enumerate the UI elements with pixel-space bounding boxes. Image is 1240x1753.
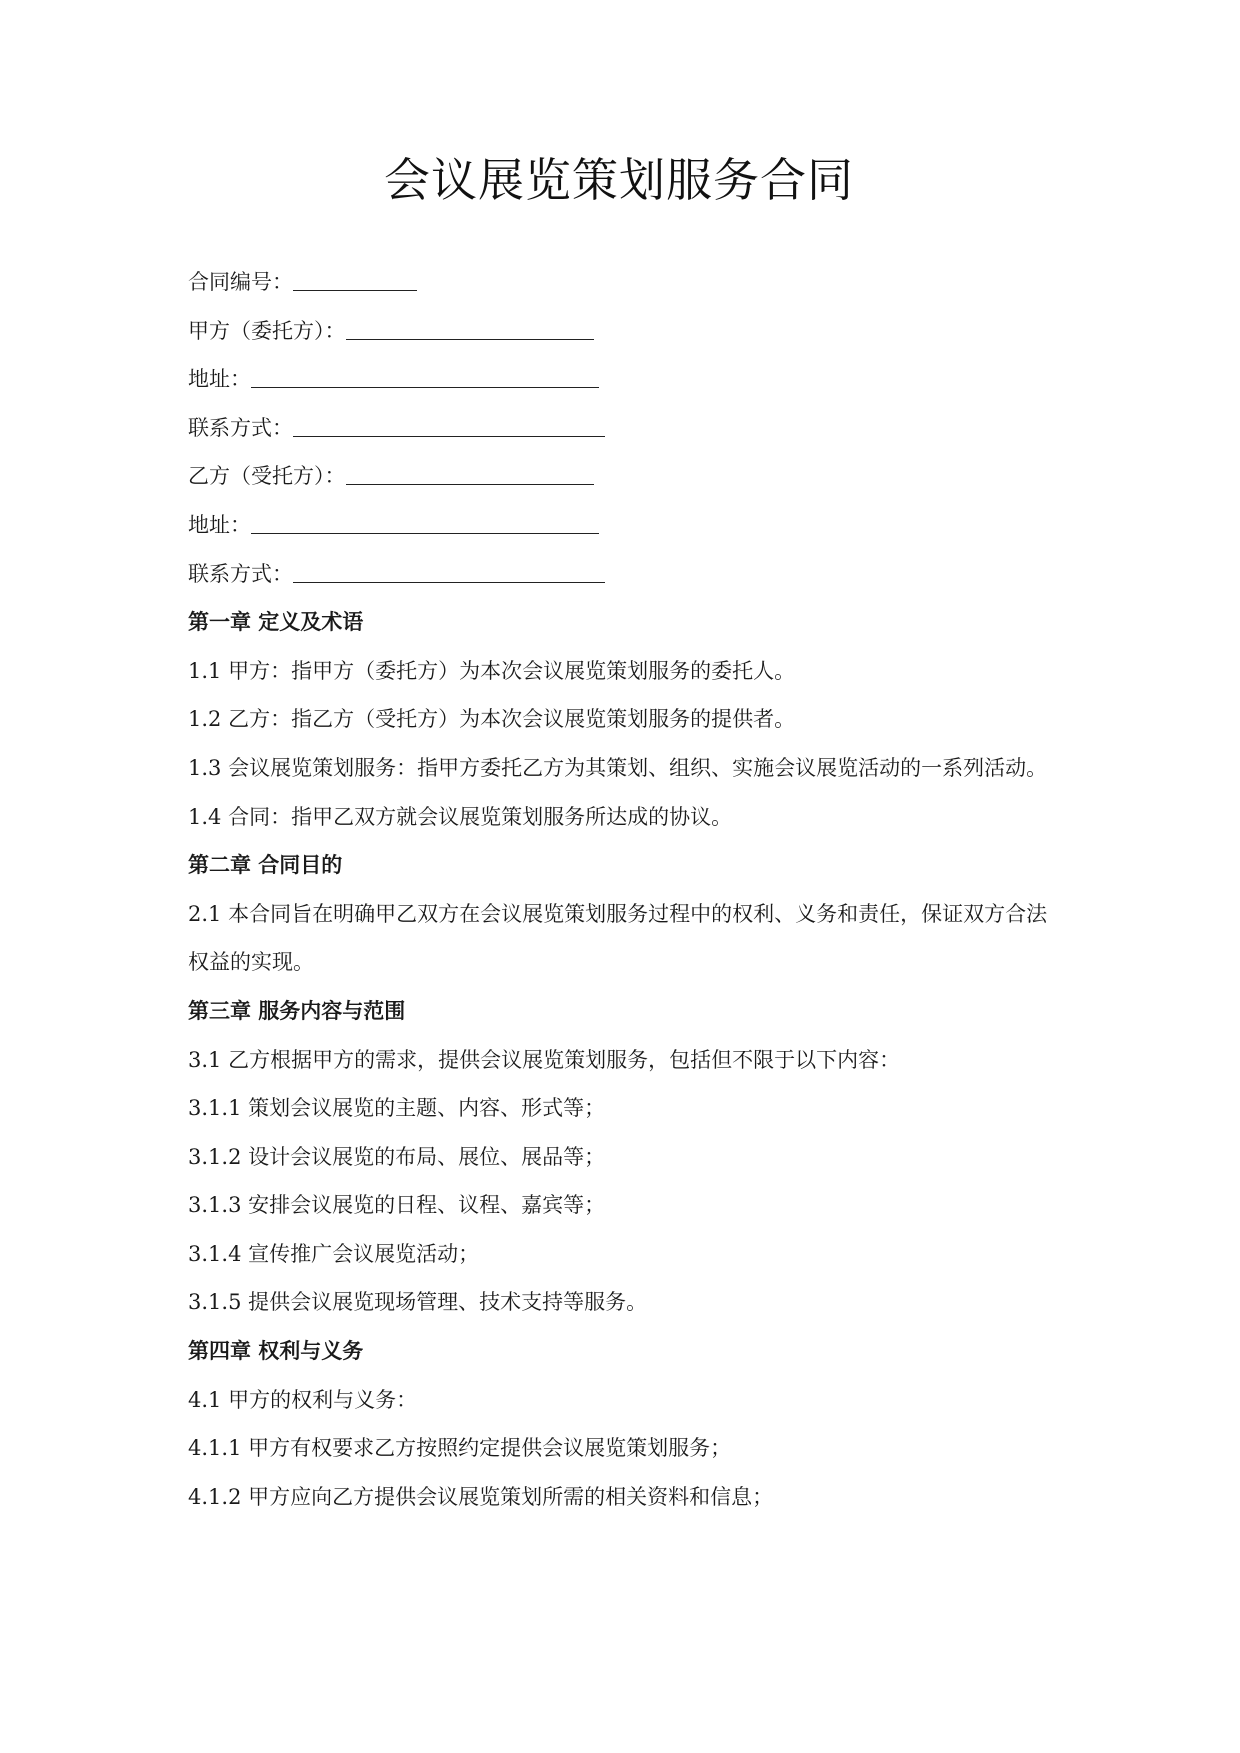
clause: 3.1 乙方根据甲方的需求，提供会议展览策划服务，包括但不限于以下内容： [188,1036,1050,1085]
clause: 3.1.5 提供会议展览现场管理、技术支持等服务。 [188,1278,1050,1327]
clause: 3.1.3 安排会议展览的日程、议程、嘉宾等； [188,1181,1050,1230]
clause: 1.4 合同：指甲乙双方就会议展览策划服务所达成的协议。 [188,793,1050,842]
header-field: 合同编号： [188,258,1050,307]
header-field: 联系方式： [188,550,1050,599]
chapters: 第一章 定义及术语1.1 甲方：指甲方（委托方）为本次会议展览策划服务的委托人。… [188,598,1050,1521]
clause: 3.1.1 策划会议展览的主题、内容、形式等； [188,1084,1050,1133]
header-fields: 合同编号：甲方（委托方）：地址：联系方式：乙方（受托方）：地址：联系方式： [188,258,1050,598]
fill-in-blank[interactable] [293,414,605,437]
field-label: 联系方式： [188,562,293,586]
clause: 4.1.1 甲方有权要求乙方按照约定提供会议展览策划服务； [188,1424,1050,1473]
fill-in-blank[interactable] [346,462,594,485]
clause: 2.1 本合同旨在明确甲乙双方在会议展览策划服务过程中的权利、义务和责任，保证双… [188,890,1050,987]
clause: 3.1.2 设计会议展览的布局、展位、展品等； [188,1133,1050,1182]
chapter-heading: 第三章 服务内容与范围 [188,987,1050,1036]
clause: 1.3 会议展览策划服务：指甲方委托乙方为其策划、组织、实施会议展览活动的一系列… [188,744,1050,793]
header-field: 地址： [188,501,1050,550]
field-label: 甲方（委托方）： [188,319,346,343]
header-field: 地址： [188,355,1050,404]
chapter-heading: 第二章 合同目的 [188,841,1050,890]
field-label: 联系方式： [188,416,293,440]
field-label: 合同编号： [188,270,293,294]
clause: 3.1.4 宣传推广会议展览活动； [188,1230,1050,1279]
field-label: 地址： [188,513,251,537]
fill-in-blank[interactable] [293,560,605,583]
clause: 1.2 乙方：指乙方（受托方）为本次会议展览策划服务的提供者。 [188,695,1050,744]
field-label: 乙方（受托方）： [188,464,346,488]
header-field: 甲方（委托方）： [188,307,1050,356]
chapter-heading: 第一章 定义及术语 [188,598,1050,647]
header-field: 乙方（受托方）： [188,452,1050,501]
chapter-heading: 第四章 权利与义务 [188,1327,1050,1376]
document-title: 会议展览策划服务合同 [188,150,1050,210]
field-label: 地址： [188,367,251,391]
fill-in-blank[interactable] [293,268,417,291]
clause: 4.1 甲方的权利与义务： [188,1376,1050,1425]
fill-in-blank[interactable] [251,511,599,534]
clause: 1.1 甲方：指甲方（委托方）为本次会议展览策划服务的委托人。 [188,647,1050,696]
document-body: 合同编号：甲方（委托方）：地址：联系方式：乙方（受托方）：地址：联系方式： 第一… [188,258,1050,1521]
clause: 4.1.2 甲方应向乙方提供会议展览策划所需的相关资料和信息； [188,1473,1050,1522]
header-field: 联系方式： [188,404,1050,453]
fill-in-blank[interactable] [251,365,599,388]
fill-in-blank[interactable] [346,317,594,340]
